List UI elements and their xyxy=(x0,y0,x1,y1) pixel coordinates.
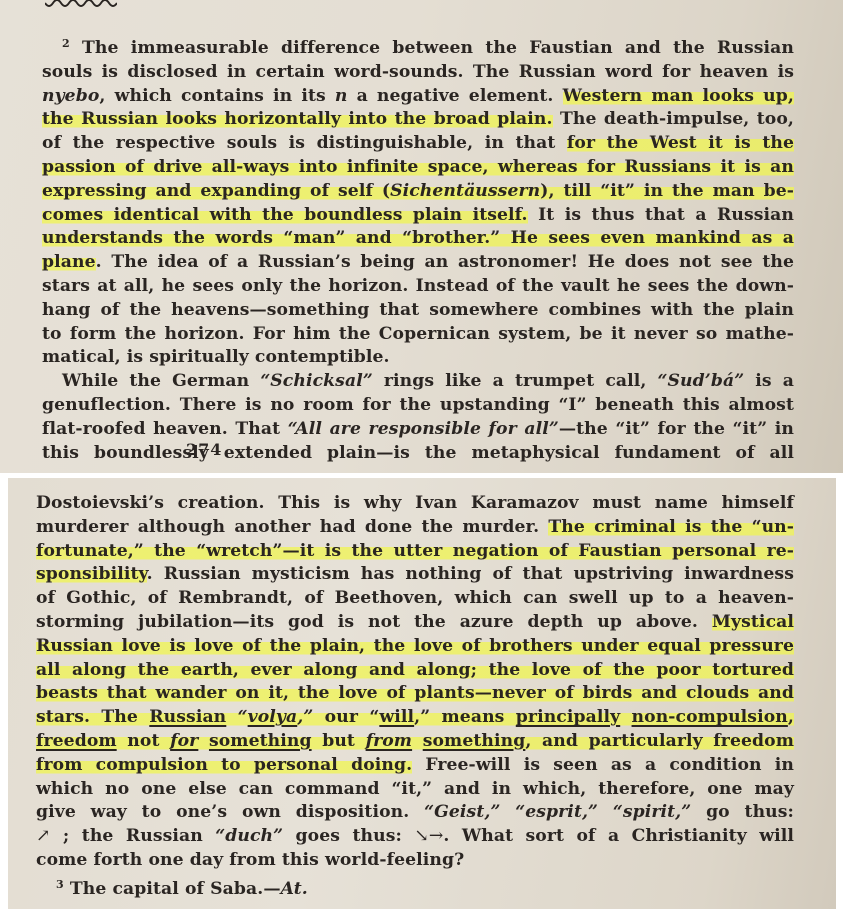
text-line: While the German “Schicksal” rings like … xyxy=(42,370,794,394)
bottom-page-text: Dostoievski’s creation. This is why Ivan… xyxy=(36,492,794,902)
arrow-up-right-icon: ↗ xyxy=(36,826,51,846)
text-line: beasts that wander on it, the love of pl… xyxy=(36,682,794,706)
text-line: Russian love is love of the plain, the l… xyxy=(36,635,794,659)
text-line: passion of drive all-ways into infinite … xyxy=(42,156,794,180)
text-line: genuflection. There is no room for the u… xyxy=(42,394,794,418)
text-line: storming jubilation—its god is not the a… xyxy=(36,611,794,635)
text-line: to form the horizon. For him the Coperni… xyxy=(42,323,794,347)
text-line: ↗ ; the Russian “duch” goes thus: ↘→. Wh… xyxy=(36,825,794,849)
arrow-down-then-right-icon: ↘→ xyxy=(414,826,443,846)
text-line: nyebo, which contains in its n a negativ… xyxy=(42,85,794,109)
top-page-photo: 2 The immeasurable difference between th… xyxy=(0,0,843,473)
text-line: plane. The idea of a Russian’s being an … xyxy=(42,251,794,275)
page-number: 274 xyxy=(186,440,222,459)
text-line: stars. The Russian “volya,” our “will,” … xyxy=(36,706,794,730)
text-line: stars at all, he sees only the horizon. … xyxy=(42,275,794,299)
text-line: 2 The immeasurable difference between th… xyxy=(42,32,794,61)
text-line: sponsibility. Russian mysticism has noth… xyxy=(36,563,794,587)
footnote-2: 2 The immeasurable difference between th… xyxy=(42,32,794,370)
text-line: murderer although another had done the m… xyxy=(36,516,794,540)
text-line: from compulsion to personal doing. Free-… xyxy=(36,754,794,778)
paragraph-dostoievski: Dostoievski’s creation. This is why Ivan… xyxy=(36,492,794,873)
text-line: this boundlessly extended plain—is the m… xyxy=(42,442,794,466)
text-line: 3 The capital of Saba.—At. xyxy=(36,873,794,902)
text-line: give way to one’s own disposition. “Geis… xyxy=(36,801,794,825)
bottom-page-photo: Dostoievski’s creation. This is why Ivan… xyxy=(8,478,836,909)
text-line: all along the earth, ever along and alon… xyxy=(36,659,794,683)
text-line: freedom not for something but from somet… xyxy=(36,730,794,754)
text-line: matical, is spiritually contemptible. xyxy=(42,346,794,370)
text-line: which no one else can command “it,” and … xyxy=(36,778,794,802)
text-line: hang of the heavens—something that somew… xyxy=(42,299,794,323)
paragraph-schicksal: While the German “Schicksal” rings like … xyxy=(42,370,794,465)
text-line: understands the words “man” and “brother… xyxy=(42,227,794,251)
footnote-marker: 3 xyxy=(56,878,64,891)
wavy-rule-decoration xyxy=(45,0,117,12)
text-line: souls is disclosed in certain word-sound… xyxy=(42,61,794,85)
text-line: flat-roofed heaven. That “All are respon… xyxy=(42,418,794,442)
text-line: come forth one day from this world-feeli… xyxy=(36,849,794,873)
text-line: the Russian looks horizontally into the … xyxy=(42,108,794,132)
text-line: fortunate,” the “wretch”—it is the utter… xyxy=(36,540,794,564)
text-line: comes identical with the boundless plain… xyxy=(42,204,794,228)
top-page-text: 2 The immeasurable difference between th… xyxy=(42,32,794,465)
text-line: of the respective souls is distinguishab… xyxy=(42,132,794,156)
footnote-3: 3 The capital of Saba.—At. xyxy=(36,873,794,902)
text-line: of Gothic, of Rembrandt, of Beethoven, w… xyxy=(36,587,794,611)
text-line: Dostoievski’s creation. This is why Ivan… xyxy=(36,492,794,516)
footnote-marker: 2 xyxy=(62,37,70,50)
text-line: expressing and expanding of self (Sichen… xyxy=(42,180,794,204)
